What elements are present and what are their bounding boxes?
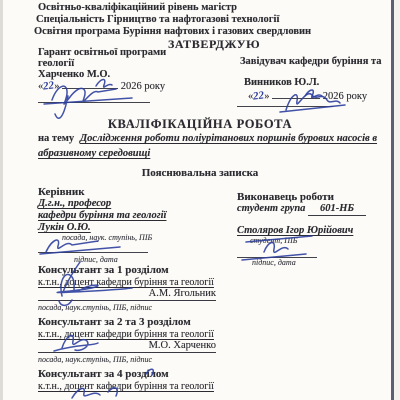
consultant3-position: к.т.н., доцент кафедри буріння та геолог… <box>38 381 214 392</box>
guarantor-role-line1: Гарант освітньої програми <box>38 47 166 59</box>
consultant2-name: М.О. Харченко <box>38 340 216 353</box>
header-degree-line: Освітньо-кваліфікаційний рівень магістр <box>38 2 237 14</box>
supervisor-signature-line <box>38 252 148 253</box>
scan-left-edge <box>0 0 3 400</box>
consultant1-heading: Консультант за 1 розділом <box>38 264 169 276</box>
header-specialty-line: Спеціальність Гірництво та нафтогазові т… <box>36 14 279 26</box>
dept-head-signature-line <box>237 106 333 107</box>
guarantor-handwritten-day: 22 <box>43 79 55 92</box>
guarantor-date-blank <box>62 79 118 89</box>
approve-heading: ЗАТВЕРДЖУЮ <box>168 38 260 51</box>
executor-group-value: 601-НБ <box>308 203 366 216</box>
work-title: КВАЛІФІКАЦІЙНА РОБОТА <box>0 118 400 132</box>
consultant2-heading: Консультант за 2 та 3 розділом <box>38 316 191 328</box>
consultant1-name: А.М. Ягольник <box>38 288 216 301</box>
dept-head-role: Завідувач кафедри буріння та <box>240 56 382 68</box>
supervisor-degree-line2: кафедри буріння та геології <box>38 210 166 222</box>
guarantor-role-line2: геології <box>38 58 74 70</box>
theme-prefix: на тему <box>38 133 74 145</box>
supervisor-caption-top: посада, наук. ступінь, ПІБ <box>62 234 152 243</box>
supervisor-heading: Керівник <box>38 186 85 198</box>
guarantor-year: 2026 року <box>121 81 165 92</box>
executor-group-line: студент група 601-НБ <box>237 203 366 216</box>
executor-student-label: студент група <box>237 203 305 214</box>
work-subtitle: Пояснювальна записка <box>0 167 400 179</box>
theme-line1: Дослідження роботи поліурітанових поршні… <box>80 133 377 145</box>
scanned-title-page: геології Освітньо-кваліфікаційний рівень… <box>0 0 400 400</box>
executor-name: Столяров Ігор Юрійович <box>237 225 353 237</box>
guarantor-signature-line <box>38 102 150 103</box>
dept-head-handwritten-day: 22 <box>253 89 265 102</box>
executor-heading: Виконавець роботи <box>237 191 334 203</box>
dept-head-name: Винников Ю.Л. <box>244 77 319 89</box>
supervisor-degree-line1: Д.г.н., професор <box>38 198 111 210</box>
quote-close: » <box>264 91 269 102</box>
executor-caption-top: студент, ПІБ <box>250 237 297 246</box>
quote-close: » <box>54 81 59 92</box>
dept-head-date-blank <box>272 89 320 99</box>
consultant2-caption: посада, наук.ступінь, ПІБ, підпис <box>38 356 152 365</box>
guarantor-date-line: «22» 2026 року <box>38 79 165 93</box>
consultant1-position: к.т.н., доцент кафедри буріння та геолог… <box>38 277 214 288</box>
supervisor-name: Лукін О.Ю. <box>38 222 91 234</box>
consultant3-heading: Консультант за 4 розділом <box>38 368 169 380</box>
scan-right-margin <box>394 0 400 400</box>
header-program-line: Освітня програма Буріння нафтових і газо… <box>34 26 311 38</box>
executor-caption-bottom: підпис, дата <box>252 259 296 268</box>
dept-head-date-line: «22» 2026 року <box>248 89 367 103</box>
theme-line2: абразивному середовищі <box>38 148 150 160</box>
consultant1-caption: посада, наук.ступінь, ПІБ, підпис <box>38 304 152 313</box>
dept-head-year: 2026 року <box>323 91 367 102</box>
consultant2-position: к.т.н., доцент кафедри буріння та геолог… <box>38 329 214 340</box>
